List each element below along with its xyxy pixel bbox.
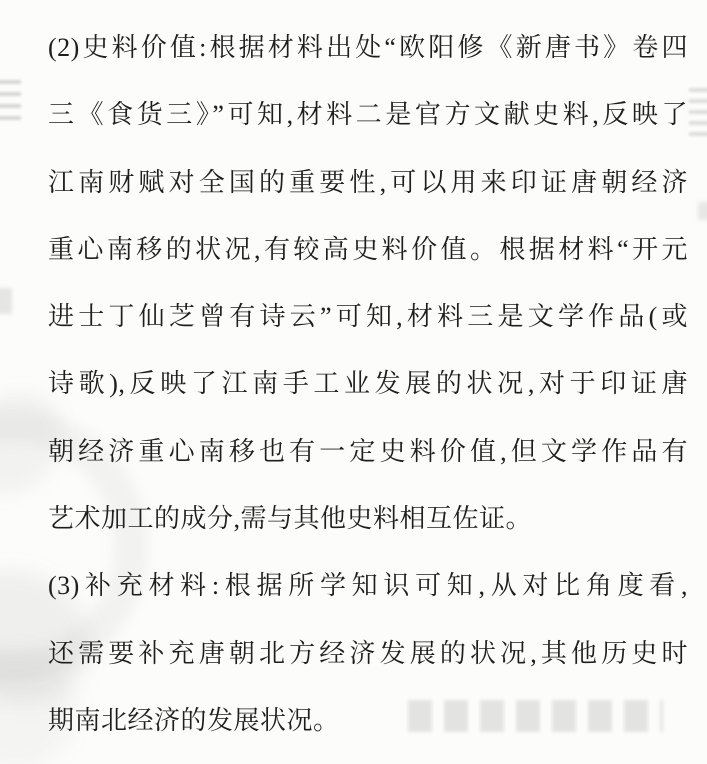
text-line: 江南财赋对全国的重要性,可以用来印证唐朝经济	[48, 149, 688, 216]
text-line: 三《食货三》”可知,材料二是官方文献史料,反映了	[48, 81, 688, 148]
ink-bleed-left-top	[0, 76, 21, 120]
ink-bleed-right-top	[689, 86, 707, 136]
text-line: 进士丁仙芝曾有诗云”可知,材料三是文学作品(或	[48, 283, 688, 350]
scanned-document-page: (2)史料价值:根据材料出处“欧阳修《新唐书》卷四 三《食货三》”可知,材料二是…	[0, 0, 707, 764]
text-line: 艺术加工的成分,需与其他史料相互佐证。	[48, 485, 688, 552]
paragraph-answer-3: (3)补充材料:根据所学知识可知,从对比角度看, 还需要补充唐朝北方经济发展的状…	[48, 552, 688, 754]
ink-bleed-left-mid	[0, 288, 12, 314]
text-line: 诗歌),反映了江南手工业发展的状况,对于印证唐	[48, 350, 688, 417]
answer-text-block: (2)史料价值:根据材料出处“欧阳修《新唐书》卷四 三《食货三》”可知,材料二是…	[48, 0, 688, 754]
ink-bleed-right-small	[698, 202, 707, 220]
text-line: 重心南移的状况,有较高史料价值。根据材料“开元	[48, 216, 688, 283]
text-line: (3)补充材料:根据所学知识可知,从对比角度看,	[48, 552, 688, 619]
text-line: 期南北经济的发展状况。	[48, 687, 688, 754]
paragraph-answer-2: (2)史料价值:根据材料出处“欧阳修《新唐书》卷四 三《食货三》”可知,材料二是…	[48, 14, 688, 552]
text-line: (2)史料价值:根据材料出处“欧阳修《新唐书》卷四	[48, 14, 688, 81]
text-line: 还需要补充唐朝北方经济发展的状况,其他历史时	[48, 620, 688, 687]
text-line: 朝经济重心南移也有一定史料价值,但文学作品有	[48, 418, 688, 485]
